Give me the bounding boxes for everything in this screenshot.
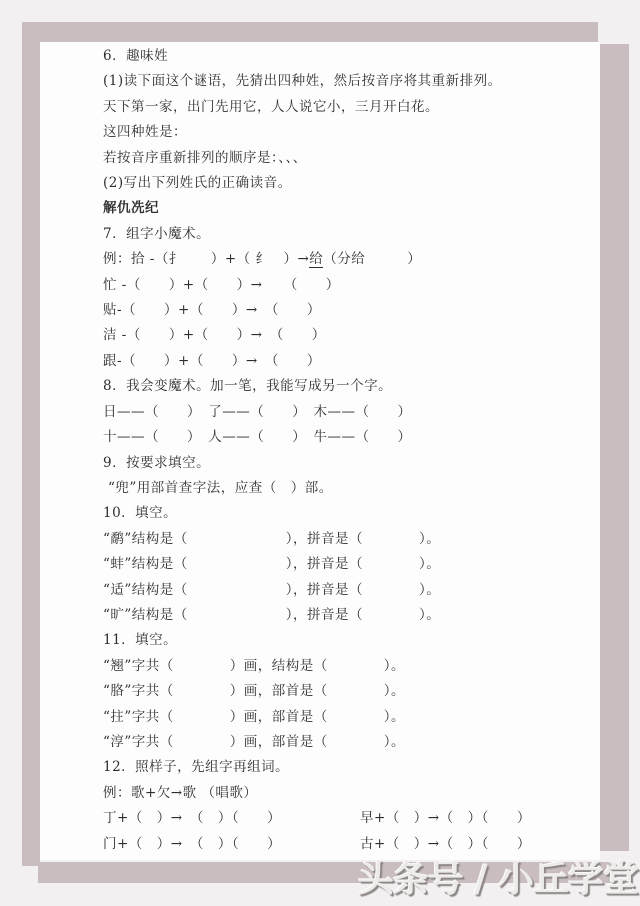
text-segment: 例：拾 -（扌 ）+（ 纟 ）→	[103, 251, 309, 267]
text-line: 9．按要求填空。	[103, 451, 590, 476]
text-line: “旷”结构是（ ），拼音是（ ）。	[103, 603, 590, 628]
worksheet-page: 6．趣味姓(1)读下面这个谜语，先猜出四种姓，然后按音序将其重新排列。天下第一家…	[40, 42, 600, 860]
document-lines: 6．趣味姓(1)读下面这个谜语，先猜出四种姓，然后按音序将其重新排列。天下第一家…	[103, 44, 590, 857]
text-line: 10．填空。	[103, 501, 590, 526]
text-line: “拄”字共（ ）画，部首是（ ）。	[103, 705, 590, 730]
text-line: 贴-（ ）+（ ）→ （ ）	[103, 298, 590, 323]
text-line: 十——（ ） 人——（ ） 牛——（ ）	[103, 425, 590, 450]
text-line: “鹬”结构是（ ），拼音是（ ）。	[103, 527, 590, 552]
text-line: “兜”用部首查字法，应查（ ）部。	[103, 476, 590, 501]
frame-right-band	[600, 44, 629, 851]
text-line: 忙 -（ ）+（ ）→ （ ）	[103, 273, 590, 298]
text-line: (1)读下面这个谜语，先猜出四种姓，然后按音序将其重新排列。	[103, 69, 590, 94]
text-line: (2)写出下列姓氏的正确读音。	[103, 171, 590, 196]
text-line: 若按音序重新排列的顺序是：、、、	[103, 146, 590, 171]
text-line: 天下第一家，出门先用它，人人说它小，三月开白花。	[103, 95, 590, 120]
text-line: 8．我会变魔术。加一笔，我能写成另一个字。	[103, 374, 590, 399]
text-line: 解仇冼纪	[103, 196, 590, 221]
watermark-text: 头条号 / 小丘学堂	[358, 851, 638, 902]
text-line: 这四种姓是：	[103, 120, 590, 145]
text-line: “蚌”结构是（ ），拼音是（ ）。	[103, 552, 590, 577]
text-line: 例：拾 -（扌 ）+（ 纟 ）→给（分给 ）	[103, 247, 590, 272]
text-line: 7．组字小魔术。	[103, 222, 590, 247]
text-line-right-col: 早+（ ）→（ ）（ ）	[360, 806, 531, 831]
text-line: 例：歌+欠→歌 （唱歌）	[103, 781, 590, 806]
worksheet-canvas: 6．趣味姓(1)读下面这个谜语，先猜出四种姓，然后按音序将其重新排列。天下第一家…	[0, 0, 640, 906]
frame-top-band	[22, 22, 598, 43]
text-line: “适”结构是（ ），拼音是（ ）。	[103, 578, 590, 603]
text-line: 6．趣味姓	[103, 44, 590, 69]
text-line: 洁 -（ ）+（ ）→ （ ）	[103, 323, 590, 348]
text-line-left-col: 门+（ ）→ （ ）（ ）	[103, 832, 360, 857]
frame-left-band	[22, 22, 40, 866]
underlined-character: 给	[309, 251, 323, 268]
text-line: “胳”字共（ ）画，部首是（ ）。	[103, 679, 590, 704]
text-line: “翘”字共（ ）画，结构是（ ）。	[103, 654, 590, 679]
text-segment: （分给 ）	[323, 251, 421, 267]
text-line-left-col: 丁+（ ）→ （ ）（ ）	[103, 806, 360, 831]
text-line: 跟-（ ）+（ ）→ （ ）	[103, 349, 590, 374]
text-line: 11．填空。	[103, 628, 590, 653]
text-line: 日——（ ） 了——（ ） 木——（ ）	[103, 400, 590, 425]
text-line: 12．照样子，先组字再组词。	[103, 755, 590, 780]
text-line: “淳”字共（ ）画，部首是（ ）。	[103, 730, 590, 755]
text-line: 丁+（ ）→ （ ）（ ）早+（ ）→（ ）（ ）	[103, 806, 590, 831]
